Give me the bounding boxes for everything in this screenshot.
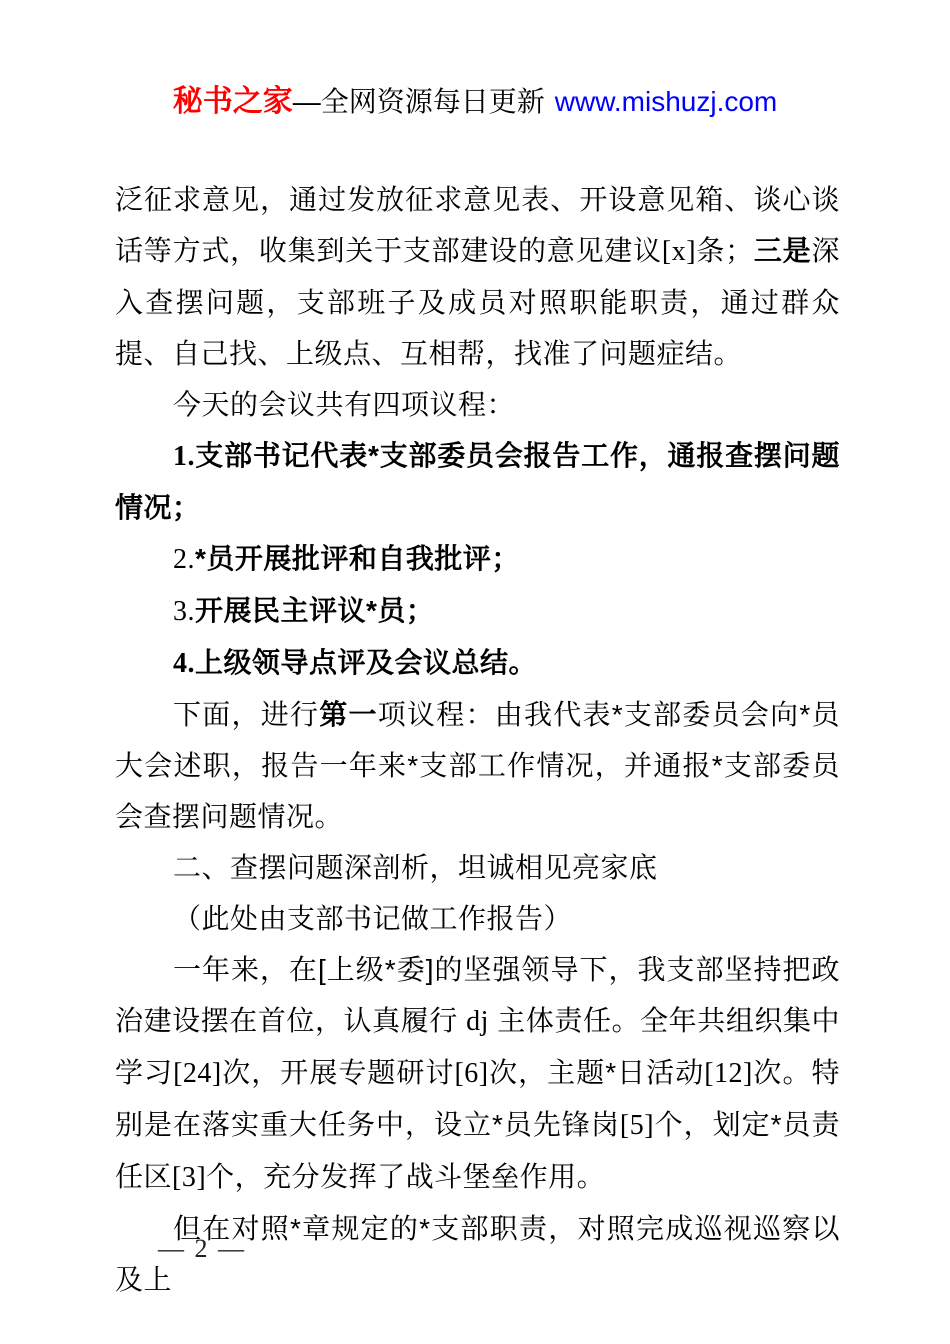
paragraph-stage-note: （此处由支部书记做工作报告） <box>115 893 840 944</box>
text-run: 三是 <box>754 235 812 266</box>
page-header: 秘书之家—全网资源每日更新www.mishuzj.com <box>0 84 950 120</box>
paragraph-continuation: 泛征求意见，通过发放征求意见表、开设意见箱、谈心谈话等方式，收集到关于支部建设的… <box>115 174 840 379</box>
text-run: 第一 <box>319 699 378 730</box>
text-run: 4. <box>173 648 195 679</box>
text-run: 个，充分发挥了战斗堡垒作用。 <box>206 1161 605 1192</box>
site-brand: 秘书之家 <box>173 85 293 118</box>
text-run: [6] <box>454 1058 488 1089</box>
text-run: [24] <box>173 1058 222 1089</box>
agenda-item-3: 3.开展民主评议*员； <box>115 585 840 637</box>
text-run: 二、查摆问题深剖析，坦诚相见亮家底 <box>173 852 658 883</box>
text-run: 3. <box>173 596 195 627</box>
text-run: 上级领导点评及会议总结。 <box>195 647 537 678</box>
text-run: 次，主题*日活动 <box>489 1057 705 1088</box>
header-tagline: —全网资源每日更新 <box>293 86 545 117</box>
text-run: 条； <box>696 235 754 266</box>
text-run: 1. <box>173 441 195 472</box>
text-run: 今天的会议共有四项议程： <box>173 389 515 420</box>
document-page: 秘书之家—全网资源每日更新www.mishuzj.com 泛征求意见，通过发放征… <box>0 0 950 1344</box>
text-run: [3] <box>172 1162 206 1193</box>
agenda-item-4: 4.上级领导点评及会议总结。 <box>115 637 840 689</box>
site-url-link[interactable]: www.mishuzj.com <box>555 86 777 117</box>
text-run: *员开展批评和自我批评； <box>195 543 520 574</box>
text-run: [12] <box>704 1058 753 1089</box>
text-run: 下面，进行 <box>173 699 319 730</box>
text-run: 次，开展专题研讨 <box>222 1057 455 1088</box>
text-run: dj <box>466 1006 489 1037</box>
section-heading-2: 二、查摆问题深剖析，坦诚相见亮家底 <box>115 842 840 893</box>
text-run: 开展民主评议*员； <box>195 595 434 626</box>
text-run: 支部书记代表*支部委员会报告工作，通报查摆问题情况； <box>115 440 840 523</box>
text-run: [5] <box>620 1110 654 1141</box>
paragraph-first-agenda: 下面，进行第一项议程：由我代表*支部委员会向*员大会述职，报告一年来*支部工作情… <box>115 689 840 842</box>
page-number: — 2 — <box>158 1234 246 1263</box>
paragraph-work-report: 一年来，在[上级*委]的坚强领导下，我支部坚持把政治建设摆在首位，认真履行 dj… <box>115 944 840 1203</box>
text-run: （此处由支部书记做工作报告） <box>173 903 572 934</box>
text-run: 2. <box>173 544 195 575</box>
text-run: [x] <box>662 236 696 267</box>
agenda-item-2: 2.*员开展批评和自我批评； <box>115 533 840 585</box>
page-footer: — 2 — <box>158 1234 246 1264</box>
document-body: 泛征求意见，通过发放征求意见表、开设意见箱、谈心谈话等方式，收集到关于支部建设的… <box>115 174 840 1305</box>
paragraph-agenda-intro: 今天的会议共有四项议程： <box>115 379 840 430</box>
agenda-item-1: 1.支部书记代表*支部委员会报告工作，通报查摆问题情况； <box>115 430 840 533</box>
